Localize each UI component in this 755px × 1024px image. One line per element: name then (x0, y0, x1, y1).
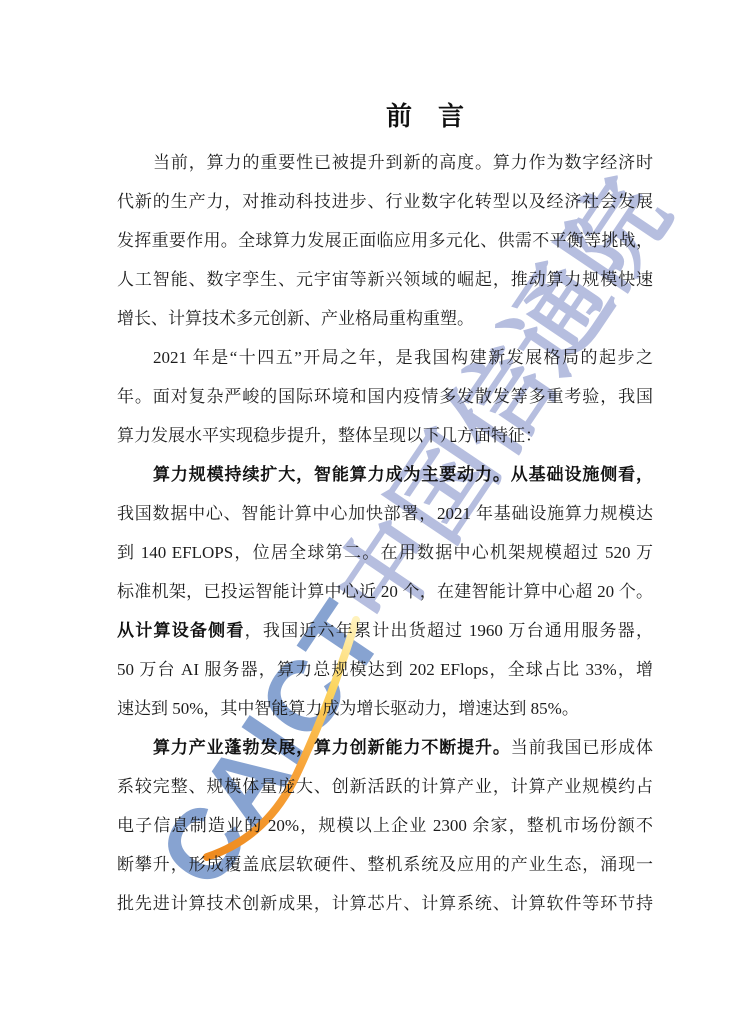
text-line: 从计算设备侧看，我国近六年累计出货超过 1960 万台通用服务器， (117, 611, 653, 650)
text-line: 发挥重要作用。全球算力发展正面临应用多元化、供需不平衡等挑战， (117, 221, 653, 260)
content-area: 前 言 当前，算力的重要性已被提升到新的高度。算力作为数字经济时代新的生产力，对… (117, 100, 653, 923)
text-line: 电子信息制造业的 20%，规模以上企业 2300 余家，整机市场份额不 (117, 806, 653, 845)
text-line: 算力发展水平实现稳步提升，整体呈现以下几方面特征： (117, 416, 653, 455)
text-line: 批先进计算技术创新成果，计算芯片、计算系统、计算软件等环节持 (117, 884, 653, 923)
text-line: 2021 年是“十四五”开局之年，是我国构建新发展格局的起步之 (117, 338, 653, 377)
text-run: 批先进计算技术创新成果，计算芯片、计算系统、计算软件等环节持 (117, 894, 653, 913)
text-line: 人工智能、数字孪生、元宇宙等新兴领域的崛起，推动算力规模快速 (117, 260, 653, 299)
text-run: 发挥重要作用。全球算力发展正面临应用多元化、供需不平衡等挑战， (117, 231, 653, 250)
text-line: 标准机架，已投运智能计算中心近 20 个，在建智能计算中心超 20 个。 (117, 572, 653, 611)
text-line: 年。面对复杂严峻的国际环境和国内疫情多发散发等多重考验，我国 (117, 377, 653, 416)
text-line: 算力规模持续扩大，智能算力成为主要动力。从基础设施侧看， (117, 455, 653, 494)
text-run: 增长、计算技术多元创新、产业格局重构重塑。 (117, 309, 474, 328)
page-title: 前 言 (157, 100, 693, 133)
text-run: 标准机架，已投运智能计算中心近 20 个，在建智能计算中心超 20 个。 (117, 582, 653, 601)
bold-text-run: 从计算设备侧看 (117, 621, 245, 640)
text-line: 到 140 EFLOPS，位居全球第二。在用数据中心机架规模超过 520 万 (117, 533, 653, 572)
text-run: 人工智能、数字孪生、元宇宙等新兴领域的崛起，推动算力规模快速 (117, 270, 653, 289)
text-run: 50 万台 AI 服务器，算力总规模达到 202 EFlops，全球占比 33%… (117, 660, 653, 679)
text-run: 代新的生产力，对推动科技进步、行业数字化转型以及经济社会发展 (117, 192, 653, 211)
body-text: 当前，算力的重要性已被提升到新的高度。算力作为数字经济时代新的生产力，对推动科技… (117, 143, 653, 923)
document-page: CAICT中国信通院 前 言 当前，算力的重要性已被提升到新的高度。算力作为数字… (0, 0, 755, 1024)
text-run: ，我国近六年累计出货超过 1960 万台通用服务器， (245, 621, 653, 640)
text-run: 系较完整、规模体量庞大、创新活跃的计算产业，计算产业规模约占 (117, 777, 653, 796)
text-line: 增长、计算技术多元创新、产业格局重构重塑。 (117, 299, 653, 338)
text-line: 断攀升，形成覆盖底层软硬件、整机系统及应用的产业生态，涌现一 (117, 845, 653, 884)
text-run: 当前，算力的重要性已被提升到新的高度。算力作为数字经济时 (153, 153, 653, 172)
text-line: 算力产业蓬勃发展，算力创新能力不断提升。当前我国已形成体 (117, 728, 653, 767)
text-line: 50 万台 AI 服务器，算力总规模达到 202 EFlops，全球占比 33%… (117, 650, 653, 689)
bold-text-run: 算力规模持续扩大，智能算力成为主要动力。从基础设施侧看， (153, 465, 653, 484)
text-run: 我国数据中心、智能计算中心加快部署，2021 年基础设施算力规模达 (117, 504, 653, 523)
text-run: 2021 年是“十四五”开局之年，是我国构建新发展格局的起步之 (153, 348, 653, 367)
text-run: 断攀升，形成覆盖底层软硬件、整机系统及应用的产业生态，涌现一 (117, 855, 653, 874)
text-run: 到 140 EFLOPS，位居全球第二。在用数据中心机架规模超过 520 万 (117, 543, 653, 562)
bold-text-run: 算力产业蓬勃发展，算力创新能力不断提升。 (153, 738, 511, 757)
text-run: 年。面对复杂严峻的国际环境和国内疫情多发散发等多重考验，我国 (117, 387, 653, 406)
text-line: 我国数据中心、智能计算中心加快部署，2021 年基础设施算力规模达 (117, 494, 653, 533)
text-run: 当前我国已形成体 (511, 738, 653, 757)
text-line: 代新的生产力，对推动科技进步、行业数字化转型以及经济社会发展 (117, 182, 653, 221)
text-line: 当前，算力的重要性已被提升到新的高度。算力作为数字经济时 (117, 143, 653, 182)
text-line: 系较完整、规模体量庞大、创新活跃的计算产业，计算产业规模约占 (117, 767, 653, 806)
text-line: 速达到 50%，其中智能算力成为增长驱动力，增速达到 85%。 (117, 689, 653, 728)
text-run: 电子信息制造业的 20%，规模以上企业 2300 余家，整机市场份额不 (117, 816, 653, 835)
text-run: 速达到 50%，其中智能算力成为增长驱动力，增速达到 85%。 (117, 699, 579, 718)
text-run: 算力发展水平实现稳步提升，整体呈现以下几方面特征： (117, 426, 542, 445)
